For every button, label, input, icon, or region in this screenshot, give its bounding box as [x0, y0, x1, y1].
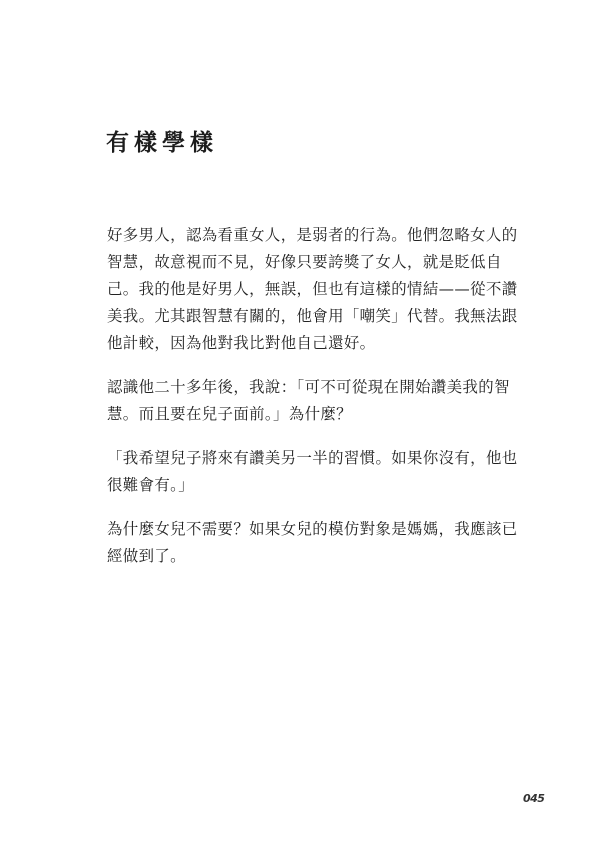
book-page: 有樣學樣 好多男人，認為看重女人，是弱者的行為。他們忽略女人的 智慧，故意視而不…: [0, 0, 600, 860]
text-line: 很難會有。」: [107, 472, 502, 499]
paragraph-2: 認識他二十多年後，我說：「可不可從現在開始讚美我的智 慧。而且要在兒子面前。」為…: [107, 374, 502, 428]
text-line: 己。我的他是好男人，無誤，但也有這樣的情結——從不讚: [107, 276, 502, 303]
text-line: 「我希望兒子將來有讚美另一半的習慣。如果你沒有，他也: [107, 445, 502, 472]
text-line: 經做到了。: [107, 543, 502, 570]
text-line: 智慧，故意視而不見，好像只要誇獎了女人，就是貶低自: [107, 249, 502, 276]
text-line: 好多男人，認為看重女人，是弱者的行為。他們忽略女人的: [107, 222, 502, 249]
text-line: 慧。而且要在兒子面前。」為什麼？: [107, 401, 502, 428]
page-number: 045: [523, 792, 544, 805]
text-line: 認識他二十多年後，我說：「可不可從現在開始讚美我的智: [107, 374, 502, 401]
paragraph-3: 「我希望兒子將來有讚美另一半的習慣。如果你沒有，他也 很難會有。」: [107, 445, 502, 499]
text-line: 為什麼女兒不需要？如果女兒的模仿對象是媽媽，我應該已: [107, 516, 502, 543]
text-line: 美我。尤其跟智慧有關的，他會用「嘲笑」代替。我無法跟: [107, 303, 502, 330]
chapter-title: 有樣學樣: [106, 124, 218, 157]
paragraph-4: 為什麼女兒不需要？如果女兒的模仿對象是媽媽，我應該已 經做到了。: [107, 516, 502, 570]
body-text: 好多男人，認為看重女人，是弱者的行為。他們忽略女人的 智慧，故意視而不見，好像只…: [107, 222, 502, 587]
text-line: 他計較，因為他對我比對他自己還好。: [107, 330, 502, 357]
paragraph-1: 好多男人，認為看重女人，是弱者的行為。他們忽略女人的 智慧，故意視而不見，好像只…: [107, 222, 502, 357]
